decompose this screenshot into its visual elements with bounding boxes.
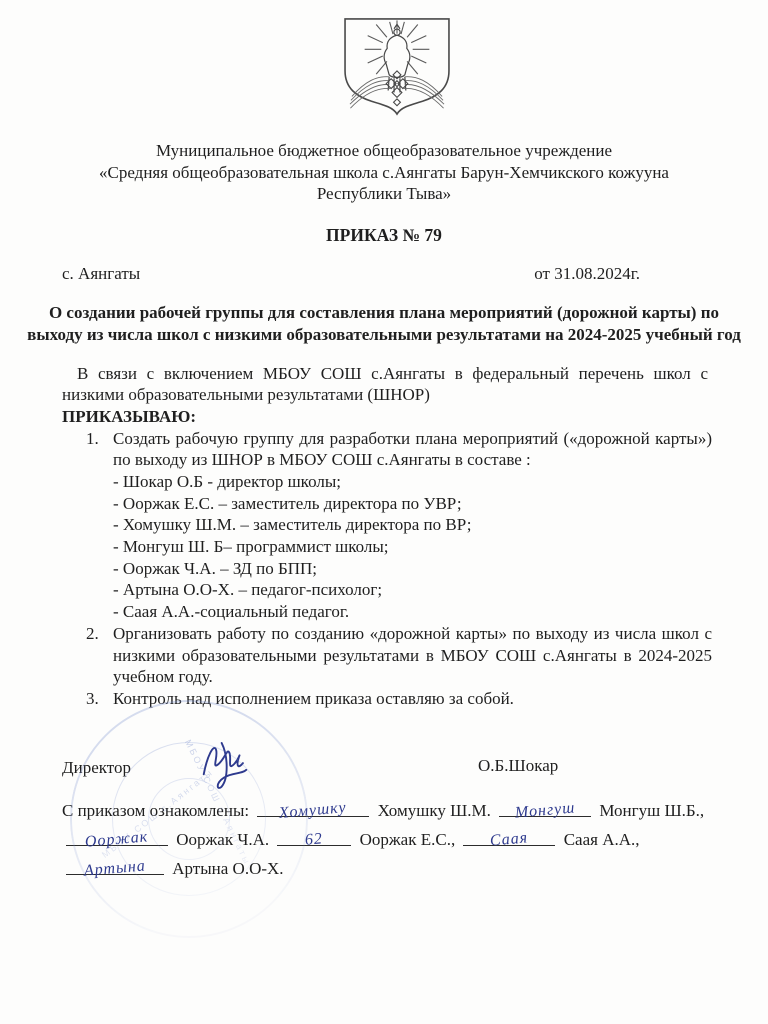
order-place: с. Аянгаты: [62, 264, 140, 284]
handwritten-signature: Саая: [489, 823, 530, 855]
order-number-heading: ПРИКАЗ № 79: [0, 225, 768, 246]
item-number: 3.: [86, 688, 113, 710]
signature-slot: Саая: [463, 825, 555, 846]
ack-line-3: Артына Артына О.О-Х.: [62, 854, 708, 883]
ack-name: Ооржак Е.С.,: [360, 830, 456, 849]
member-line: - Шокар О.Б - директор школы;: [113, 471, 712, 493]
item-text-wrap: Создать рабочую группу для разработки пл…: [113, 428, 712, 623]
order-date: от 31.08.2024г.: [534, 264, 640, 284]
ack-line-1: С приказом ознакомлены: Хомушку Хомушку …: [62, 796, 708, 825]
director-label: Директор: [62, 758, 131, 778]
member-line: - Хомушку Ш.М. – заместитель директора п…: [113, 514, 712, 536]
member-line: - Монгуш Ш. Б– программист школы;: [113, 536, 712, 558]
organization-name: Муниципальное бюджетное общеобразователь…: [0, 140, 768, 205]
member-line: - Ооржак Ч.А. – ЗД по БПП;: [113, 558, 712, 580]
scanned-order-document: Муниципальное бюджетное общеобразователь…: [0, 0, 768, 1024]
signature-slot: Ооржак: [66, 825, 168, 846]
order-item-2: 2. Организовать работу по созданию «доро…: [86, 623, 712, 688]
signature-slot: Хомушку: [257, 796, 369, 817]
order-item-3: 3. Контроль над исполнением приказа оста…: [86, 688, 712, 710]
order-subject: О создании рабочей группы для составлени…: [26, 302, 742, 346]
signature-slot: Артына: [66, 854, 164, 875]
decree-word: ПРИКАЗЫВАЮ:: [62, 406, 768, 428]
item-number: 1.: [86, 428, 113, 623]
handwritten-signature: Монгуш: [514, 793, 577, 827]
org-line-1: Муниципальное бюджетное общеобразователь…: [0, 140, 768, 162]
director-signature-ink: [190, 734, 260, 790]
handwritten-signature: 62: [304, 824, 324, 854]
item-2-text: Организовать работу по созданию «дорожно…: [113, 623, 712, 688]
ack-name: Артына О.О-Х.: [172, 859, 283, 878]
member-line: - Саая А.А.-социальный педагог.: [113, 601, 712, 623]
director-name: О.Б.Шокар: [478, 756, 558, 776]
ack-name: Монгуш Ш.Б.,: [599, 801, 704, 820]
ack-name: Саая А.А.,: [564, 830, 640, 849]
signature-slot: Монгуш: [499, 796, 591, 817]
intro-paragraph: В связи с включением МБОУ СОШ с.Аянгаты …: [62, 363, 708, 406]
item-number: 2.: [86, 623, 113, 688]
place-date-row: с. Аянгаты от 31.08.2024г.: [0, 264, 768, 284]
working-group-members: - Шокар О.Б - директор школы; - Ооржак Е…: [113, 471, 712, 623]
order-item-1: 1. Создать рабочую группу для разработки…: [86, 428, 712, 623]
acknowledgment-block: С приказом ознакомлены: Хомушку Хомушку …: [62, 796, 708, 883]
item-3-text: Контроль над исполнением приказа оставля…: [113, 688, 712, 710]
ack-name: Хомушку Ш.М.: [378, 801, 491, 820]
org-line-3: Республики Тыва»: [0, 183, 768, 205]
director-signature-row: Директор О.Б.Шокар: [62, 750, 706, 786]
item-1-text: Создать рабочую группу для разработки пл…: [113, 428, 712, 471]
ack-line-2: Ооржак Ооржак Ч.А. 62 Ооржак Е.С., Саая …: [62, 825, 708, 854]
ack-name: Ооржак Ч.А.: [176, 830, 269, 849]
member-line: - Ооржак Е.С. – заместитель директора по…: [113, 493, 712, 515]
ack-prefix: С приказом ознакомлены:: [62, 801, 249, 820]
member-line: - Артына О.О-Х. – педагог-психолог;: [113, 579, 712, 601]
org-line-2: «Средняя общеобразовательная школа с.Аян…: [0, 162, 768, 184]
handwritten-signature: Хомушку: [278, 793, 348, 828]
tuva-coat-of-arms-emblem: [338, 16, 456, 116]
signature-slot: 62: [277, 825, 351, 846]
handwritten-signature: Артына: [83, 851, 147, 885]
